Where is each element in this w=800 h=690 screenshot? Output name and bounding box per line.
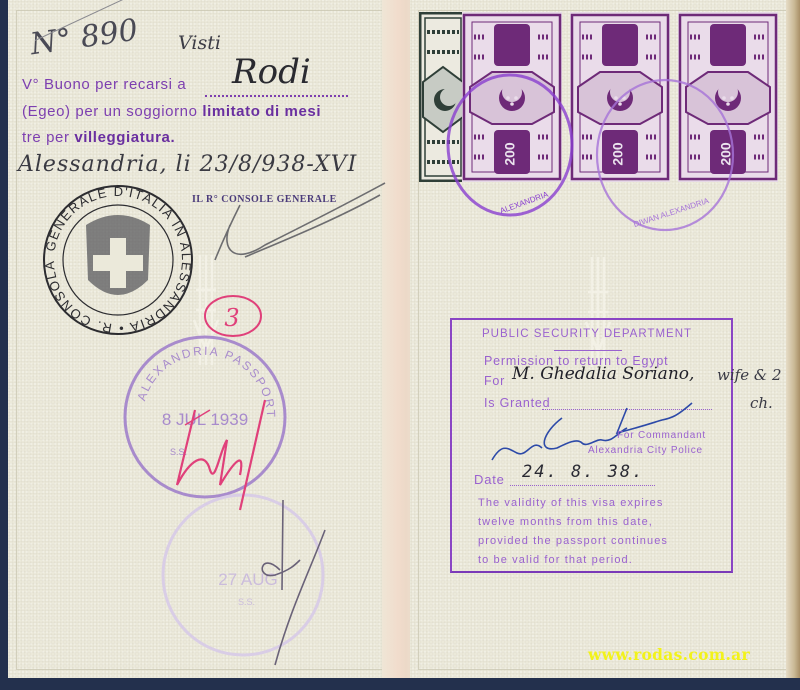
- dotted-line: [510, 485, 655, 486]
- visa-line-1: V° Buono per recarsi a: [22, 76, 186, 93]
- visti-heading: Visti: [178, 32, 221, 54]
- heading-rule: [554, 350, 622, 351]
- psd-date-handwritten: 24. 8. 38.: [522, 462, 644, 482]
- visa-line-2-bold: limitato di mesi: [202, 103, 321, 120]
- pencil-signature: [240, 490, 340, 670]
- destination-underline: [205, 95, 348, 97]
- place-date-handwritten: Alessandria, li 23/8/938-XVI: [18, 152, 357, 177]
- public-security-stamp: PUBLIC SECURITY DEPARTMENT Permission to…: [450, 318, 733, 573]
- validity-line: The validity of this visa expires: [478, 497, 663, 509]
- page-edge: [786, 0, 800, 678]
- holder-extra-handwritten: wife & 2: [717, 366, 782, 384]
- passport-spread: N° 890 Visti V° Buono per recarsi a Rodi…: [0, 0, 800, 690]
- holder-extra-handwritten-2: ch.: [750, 394, 773, 412]
- svg-text:DIWAN ALEXANDRIA: DIWAN ALEXANDRIA: [632, 196, 710, 229]
- psd-date-label: Date: [474, 472, 505, 487]
- validity-line: to be valid for that period.: [478, 554, 633, 566]
- visa-line-3-normal: tre per: [22, 129, 74, 146]
- visa-line-2: (Egeo) per un soggiorno limitato di mesi: [22, 103, 321, 120]
- svg-text:3: 3: [224, 304, 239, 332]
- consul-signature: [205, 175, 395, 275]
- cancellation-stamp-2: DIWAN ALEXANDRIA: [590, 75, 740, 240]
- psd-for-commandant: For Commandant: [617, 430, 706, 441]
- visa-line-2-normal: (Egeo) per un soggiorno: [22, 103, 202, 120]
- website-watermark: www.rodas.com.ar: [588, 645, 750, 664]
- holder-name-handwritten: M. Ghedalia Soriano,: [512, 364, 694, 384]
- visa-line-3-bold: villeggiatura.: [74, 129, 175, 146]
- visa-line-3: tre per villeggiatura.: [22, 129, 175, 146]
- validity-line: twelve months from this date,: [478, 516, 653, 528]
- cross-shield-icon: [86, 215, 150, 295]
- psd-heading: PUBLIC SECURITY DEPARTMENT: [482, 328, 692, 340]
- destination-handwritten: Rodi: [232, 52, 311, 92]
- consulate-seal: GENERALE D'ITALIA IN ALESSANDRIA • R. CO…: [38, 180, 198, 340]
- cancellation-stamp-1: ALEXANDRIA: [435, 60, 575, 220]
- psd-police-label: Alexandria City Police: [588, 445, 703, 456]
- psd-for-label: For: [484, 374, 505, 388]
- validity-line: provided the passport continues: [478, 535, 668, 547]
- svg-text:ALEXANDRIA: ALEXANDRIA: [499, 190, 550, 216]
